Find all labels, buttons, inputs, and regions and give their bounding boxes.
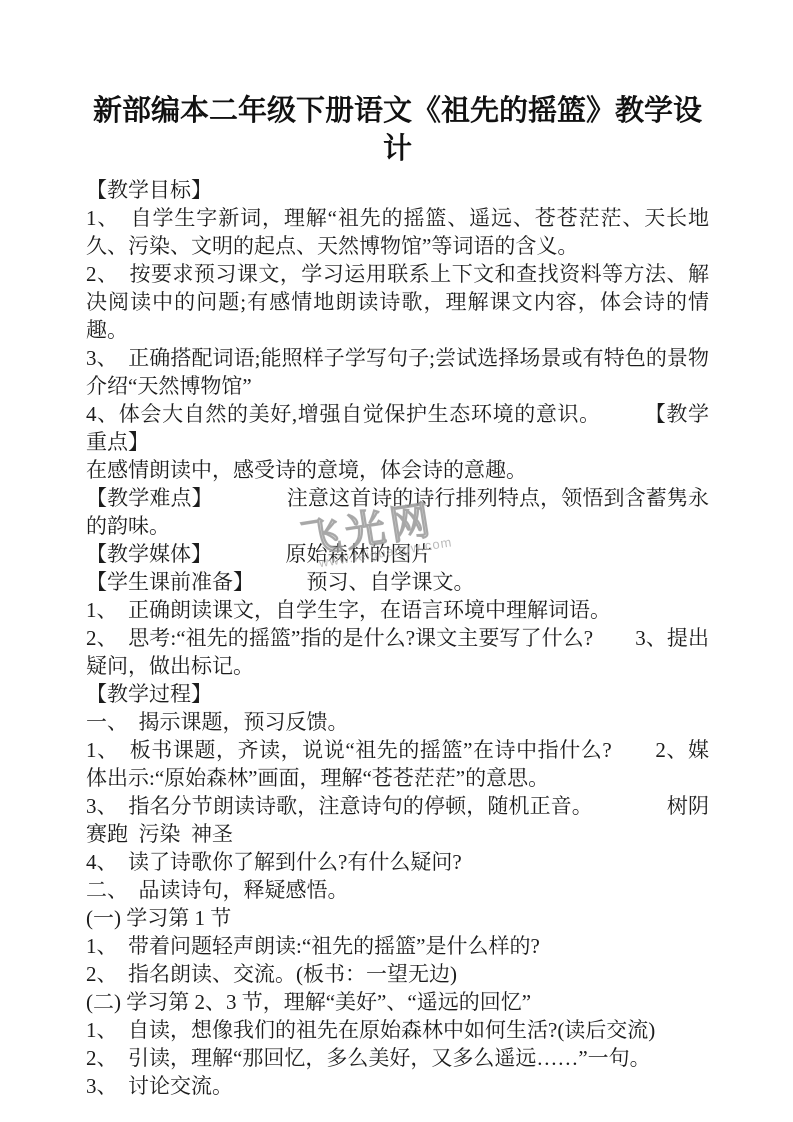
paragraph: 一、 揭示课题，预习反馈。 — [86, 708, 709, 736]
paragraph: 3、 指名分节朗读诗歌，注意诗句的停顿，随机正音。 树阴 赛跑 污染 神圣 — [86, 792, 709, 848]
paragraph: 1、 带着问题轻声朗读:“祖先的摇篮”是什么样的? — [86, 932, 709, 960]
document-page: 新部编本二年级下册语文《祖先的摇篮》教学设计 【教学目标】 1、 自学生字新词，… — [0, 0, 793, 1122]
paragraph: 2、 指名朗读、交流。(板书：一望无边) — [86, 960, 709, 988]
paragraph: 1、 自读，想像我们的祖先在原始森林中如何生活?(读后交流) — [86, 1016, 709, 1044]
section-heading-teaching-process: 【教学过程】 — [86, 680, 709, 708]
section-heading-student-preparation: 【学生课前准备】 预习、自学课文。 — [86, 568, 709, 596]
paragraph: 1、 正确朗读课文，自学生字，在语言环境中理解词语。 — [86, 596, 709, 624]
paragraph: 3、 正确搭配词语;能照样子学写句子;尝试选择场景或有特色的景物介绍“天然博物馆… — [86, 344, 709, 400]
paragraph: 3、 讨论交流。 — [86, 1072, 709, 1100]
document-title: 新部编本二年级下册语文《祖先的摇篮》教学设计 — [89, 92, 707, 168]
paragraph: 二、 品读诗句，释疑感悟。 — [86, 876, 709, 904]
paragraph: 在感情朗读中，感受诗的意境，体会诗的意趣。 — [86, 456, 709, 484]
paragraph: 4、 读了诗歌你了解到什么?有什么疑问? — [86, 848, 709, 876]
paragraph: 2、 按要求预习课文，学习运用联系上下文和查找资料等方法、解决阅读中的问题;有感… — [86, 260, 709, 344]
paragraph: (一) 学习第 1 节 — [86, 904, 709, 932]
paragraph: (二) 学习第 2、3 节，理解“美好”、“遥远的回忆” — [86, 988, 709, 1016]
document-body: 【教学目标】 1、 自学生字新词，理解“祖先的摇篮、遥远、苍苍茫茫、天长地久、污… — [86, 176, 709, 1100]
paragraph-with-heading-teaching-key-points: 4、体会大自然的美好,增强自觉保护生态环境的意识。 【教学重点】 — [86, 400, 709, 456]
paragraph: 2、 引读，理解“那回忆，多么美好，又多么遥远……”一句。 — [86, 1044, 709, 1072]
section-heading-teaching-goals: 【教学目标】 — [86, 176, 709, 204]
paragraph: 1、 板书课题，齐读，说说“祖先的摇篮”在诗中指什么? 2、媒体出示:“原始森林… — [86, 736, 709, 792]
paragraph: 1、 自学生字新词，理解“祖先的摇篮、遥远、苍苍茫茫、天长地久、污染、文明的起点… — [86, 204, 709, 260]
section-heading-teaching-media: 【教学媒体】 原始森林的图片 — [86, 540, 709, 568]
section-heading-teaching-difficulties: 【教学难点】 注意这首诗的诗行排列特点，领悟到含蓄隽永的韵味。 — [86, 484, 709, 540]
paragraph: 2、 思考:“祖先的摇篮”指的是什么?课文主要写了什么? 3、提出疑问，做出标记… — [86, 624, 709, 680]
